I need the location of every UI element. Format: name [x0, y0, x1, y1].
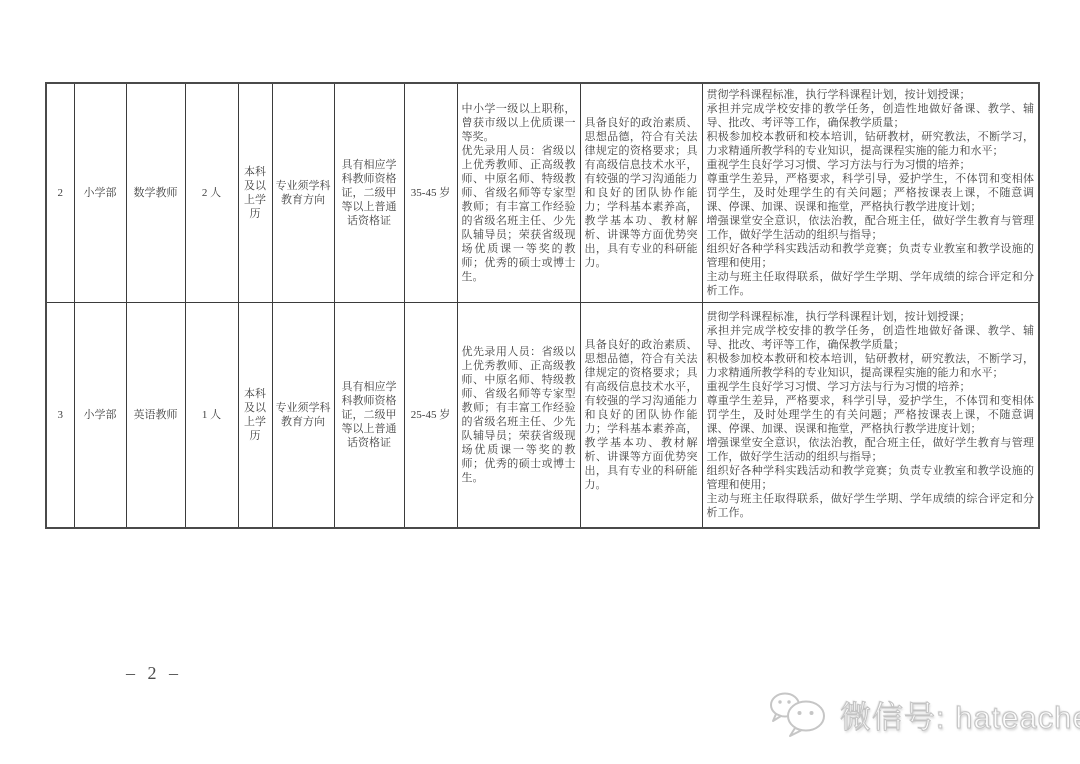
cell-count: 2 人 — [185, 83, 238, 303]
watermark-text: 微信号: hateacher — [840, 692, 1080, 737]
duty-item: 尊重学生差异，严格要求，科学引导，爱护学生，不体罚和变相体罚学生，及时处理学生的… — [707, 394, 1035, 436]
document-page: 2 小学部 数学教师 2 人 本科及以上学历 专业须学科教育方向 具有相应学科教… — [0, 0, 1080, 764]
preference-paragraph: 优先录用人员：省级以上优秀教师、正高级教师、中原名师、特级教师、省级名师等专家型… — [462, 144, 576, 284]
duty-item: 承担并完成学校安排的教学任务，创造性地做好备课、教学、辅导、批改、考评等工作，确… — [707, 324, 1035, 352]
duty-item: 重视学生良好学习习惯、学习方法与行为习惯的培养； — [707, 158, 1035, 172]
cell-seq-no: 3 — [46, 303, 74, 528]
table-row: 3 小学部 英语教师 1 人 本科及以上学历 专业须学科教育方向 具有相应学科教… — [46, 303, 1039, 528]
page-number: – 2 – — [126, 663, 180, 684]
cell-duties: 贯彻学科课程标准，执行学科课程计划，按计划授课； 承担并完成学校安排的教学任务，… — [702, 303, 1039, 528]
duty-item: 重视学生良好学习习惯、学习方法与行为习惯的培养； — [707, 380, 1035, 394]
cell-quality: 具备良好的政治素质、思想品德，符合有关法律规定的资格要求；具有高级信息技术水平，… — [580, 303, 702, 528]
duty-item: 尊重学生差异，严格要求，科学引导，爱护学生，不体罚和变相体罚学生，及时处理学生的… — [707, 172, 1035, 214]
duty-item: 主动与班主任取得联系，做好学生学期、学年成绩的综合评定和分析工作。 — [707, 270, 1035, 298]
cell-age: 35-45 岁 — [404, 83, 457, 303]
cell-department: 小学部 — [74, 303, 126, 528]
duty-item: 主动与班主任取得联系，做好学生学期、学年成绩的综合评定和分析工作。 — [707, 492, 1035, 520]
duty-item: 贯彻学科课程标准，执行学科课程计划，按计划授课； — [707, 310, 1035, 324]
cell-department: 小学部 — [74, 83, 126, 303]
cell-major: 专业须学科教育方向 — [272, 83, 334, 303]
cell-certificate: 具有相应学科教师资格证，二级甲等以上普通话资格证 — [334, 303, 404, 528]
duty-item: 增强课堂安全意识，依法治教，配合班主任，做好学生教育与管理工作，做好学生活动的组… — [707, 214, 1035, 242]
quality-paragraph: 具备良好的政治素质、思想品德，符合有关法律规定的资格要求；具有高级信息技术水平，… — [585, 338, 698, 492]
duty-item: 积极参加校本教研和校本培训，钻研教材，研究教法，不断学习，力求精通所教学科的专业… — [707, 352, 1035, 380]
preference-paragraph: 优先录用人员：省级以上优秀教师、正高级教师、中原名师、特级教师、省级名师等专家型… — [462, 345, 576, 485]
cell-preference: 中小学一级以上职称，曾获市级以上优质课一等奖。 优先录用人员：省级以上优秀教师、… — [457, 83, 580, 303]
cell-quality: 具备良好的政治素质、思想品德，符合有关法律规定的资格要求；具有高级信息技术水平，… — [580, 83, 702, 303]
cell-major: 专业须学科教育方向 — [272, 303, 334, 528]
table-row: 2 小学部 数学教师 2 人 本科及以上学历 专业须学科教育方向 具有相应学科教… — [46, 83, 1039, 303]
cell-education: 本科及以上学历 — [238, 303, 272, 528]
watermark: 微信号: hateacher — [768, 690, 1080, 738]
cell-position: 英语教师 — [126, 303, 185, 528]
duty-item: 承担并完成学校安排的教学任务，创造性地做好备课、教学、辅导、批改、考评等工作，确… — [707, 102, 1035, 130]
duty-item: 组织好各种学科实践活动和教学竞赛；负责专业教室和教学设施的管理和使用； — [707, 464, 1035, 492]
duty-item: 贯彻学科课程标准，执行学科课程计划，按计划授课； — [707, 88, 1035, 102]
cell-position: 数学教师 — [126, 83, 185, 303]
duty-item: 增强课堂安全意识，依法治教，配合班主任，做好学生教育与管理工作，做好学生活动的组… — [707, 436, 1035, 464]
wechat-icon — [768, 690, 830, 738]
cell-education: 本科及以上学历 — [238, 83, 272, 303]
cell-duties: 贯彻学科课程标准，执行学科课程计划，按计划授课； 承担并完成学校安排的教学任务，… — [702, 83, 1039, 303]
cell-seq-no: 2 — [46, 83, 74, 303]
cell-age: 25-45 岁 — [404, 303, 457, 528]
cell-certificate: 具有相应学科教师资格证，二级甲等以上普通话资格证 — [334, 83, 404, 303]
cell-count: 1 人 — [185, 303, 238, 528]
cell-preference: 优先录用人员：省级以上优秀教师、正高级教师、中原名师、特级教师、省级名师等专家型… — [457, 303, 580, 528]
preference-paragraph: 中小学一级以上职称，曾获市级以上优质课一等奖。 — [462, 102, 576, 144]
quality-paragraph: 具备良好的政治素质、思想品德，符合有关法律规定的资格要求；具有高级信息技术水平，… — [585, 116, 698, 270]
recruitment-table: 2 小学部 数学教师 2 人 本科及以上学历 专业须学科教育方向 具有相应学科教… — [45, 82, 1040, 529]
duty-item: 组织好各种学科实践活动和教学竞赛；负责专业教室和教学设施的管理和使用； — [707, 242, 1035, 270]
duty-item: 积极参加校本教研和校本培训，钻研教材，研究教法，不断学习，力求精通所教学科的专业… — [707, 130, 1035, 158]
